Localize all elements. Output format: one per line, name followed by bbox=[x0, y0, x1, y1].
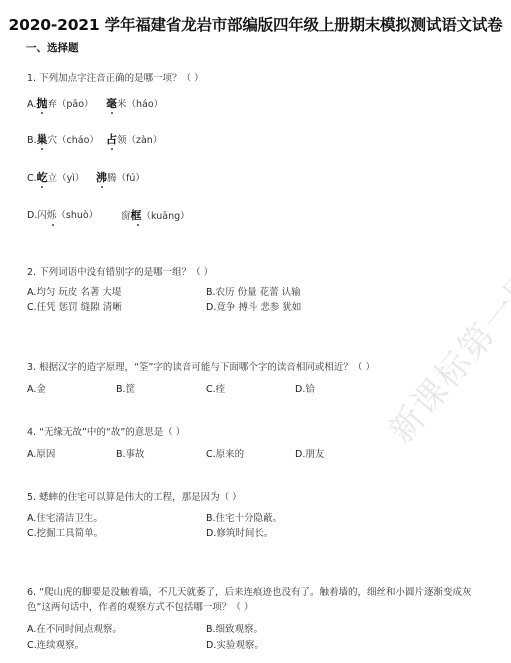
dotted-char: 巢 bbox=[37, 133, 48, 146]
question-6-option-c[interactable]: C.连续观察。 bbox=[27, 637, 84, 651]
question-1-option-d[interactable]: D.闪烁（shuò） bbox=[27, 207, 98, 221]
question-2-option-a[interactable]: A.均匀 玩皮 名著 大堤 bbox=[27, 284, 121, 298]
question-1-option-b[interactable]: B.巢穴（cháo） bbox=[27, 131, 99, 147]
emphasis-dot bbox=[111, 112, 113, 114]
question-4-option-b[interactable]: B.事故 bbox=[116, 446, 145, 460]
question-3-option-d[interactable]: D.铪 bbox=[295, 381, 315, 395]
question-2-option-b[interactable]: B.农历 份量 花蕾 认输 bbox=[206, 284, 301, 298]
emphasis-dot bbox=[41, 112, 43, 114]
watermark: 新课标第一网 bbox=[375, 255, 511, 452]
question-1-option-a[interactable]: A.抛弃（pāo） bbox=[27, 95, 94, 111]
dotted-char: 框 bbox=[131, 209, 142, 222]
question-1: 1. 下列加点字注音正确的是哪一项？（ ） bbox=[27, 70, 204, 84]
question-6-line-2: 色”这两句话中，作者的观察方式不包括哪一项？（ ） bbox=[27, 599, 253, 613]
question-6-option-b[interactable]: B.细致观察。 bbox=[206, 621, 263, 635]
question-5-option-b[interactable]: B.住宅十分隐蔽。 bbox=[206, 510, 282, 524]
question-3: 3. 根据汉字的造字原理，“筌”字的读音可能与下面哪个字的读音相同或相近？（ ） bbox=[27, 359, 375, 373]
question-5-option-c[interactable]: C.挖掘工具简单。 bbox=[27, 525, 103, 539]
question-4-option-d[interactable]: D.朋友 bbox=[295, 446, 324, 460]
question-4-option-a[interactable]: A.原因 bbox=[27, 446, 55, 460]
question-6-option-a[interactable]: A.在不同时间点观察。 bbox=[27, 621, 122, 635]
emphasis-dot bbox=[41, 186, 43, 188]
question-4: 4. “无缘无故”中的“故”的意思是（ ） bbox=[27, 424, 185, 438]
dotted-char: 烁 bbox=[47, 210, 57, 221]
dotted-char: 占 bbox=[106, 133, 117, 146]
emphasis-dot bbox=[137, 224, 139, 226]
emphasis-dot bbox=[41, 148, 43, 150]
emphasis-dot bbox=[52, 224, 54, 226]
question-1-option-c-part2: 沸腾（fú） bbox=[96, 169, 145, 185]
question-2-option-d[interactable]: D.竟争 搏斗 悲参 犹如 bbox=[206, 299, 301, 313]
dotted-char: 抛 bbox=[36, 97, 47, 110]
question-5-option-a[interactable]: A.住宅清洁卫生。 bbox=[27, 510, 103, 524]
question-2-option-c[interactable]: C.任凭 惩罚 缝隙 清晰 bbox=[27, 299, 122, 313]
emphasis-dot bbox=[111, 148, 113, 150]
question-4-option-c[interactable]: C.原来的 bbox=[206, 446, 244, 460]
question-3-option-b[interactable]: B.筐 bbox=[116, 381, 135, 395]
question-3-option-a[interactable]: A.金 bbox=[27, 381, 46, 395]
section-heading: 一、选择题 bbox=[26, 40, 79, 55]
question-6-line-1: 6. “爬山虎的脚要是没触着墙，不几天就萎了，后来连痕迹也没有了。触着墙的，细丝… bbox=[27, 584, 472, 598]
document-title: 2020-2021 学年福建省龙岩市部编版四年级上册期末模拟测试语文试卷 bbox=[0, 13, 511, 35]
question-1-option-a-part2: 毫米（háo） bbox=[106, 95, 163, 111]
question-1-option-d-part2: 窗框（kuāng） bbox=[121, 207, 190, 223]
question-6-option-d[interactable]: D.实验观察。 bbox=[206, 637, 264, 651]
emphasis-dot bbox=[101, 186, 103, 188]
question-1-option-b-part2: 占领（zàn） bbox=[106, 131, 162, 147]
question-3-option-c[interactable]: C.痊 bbox=[206, 381, 225, 395]
dotted-char: 毫 bbox=[106, 97, 117, 110]
question-5-option-d[interactable]: D.修筑时间长。 bbox=[206, 525, 273, 539]
question-2: 2. 下列词语中没有错别字的是哪一组？（ ） bbox=[27, 264, 213, 278]
dotted-char: 沸 bbox=[96, 171, 107, 184]
question-5: 5. 蟋蟀的住宅可以算是伟大的工程，那是因为（ ） bbox=[27, 489, 242, 503]
question-1-option-c[interactable]: C.屹立（yì） bbox=[27, 169, 84, 185]
dotted-char: 屹 bbox=[37, 171, 48, 184]
